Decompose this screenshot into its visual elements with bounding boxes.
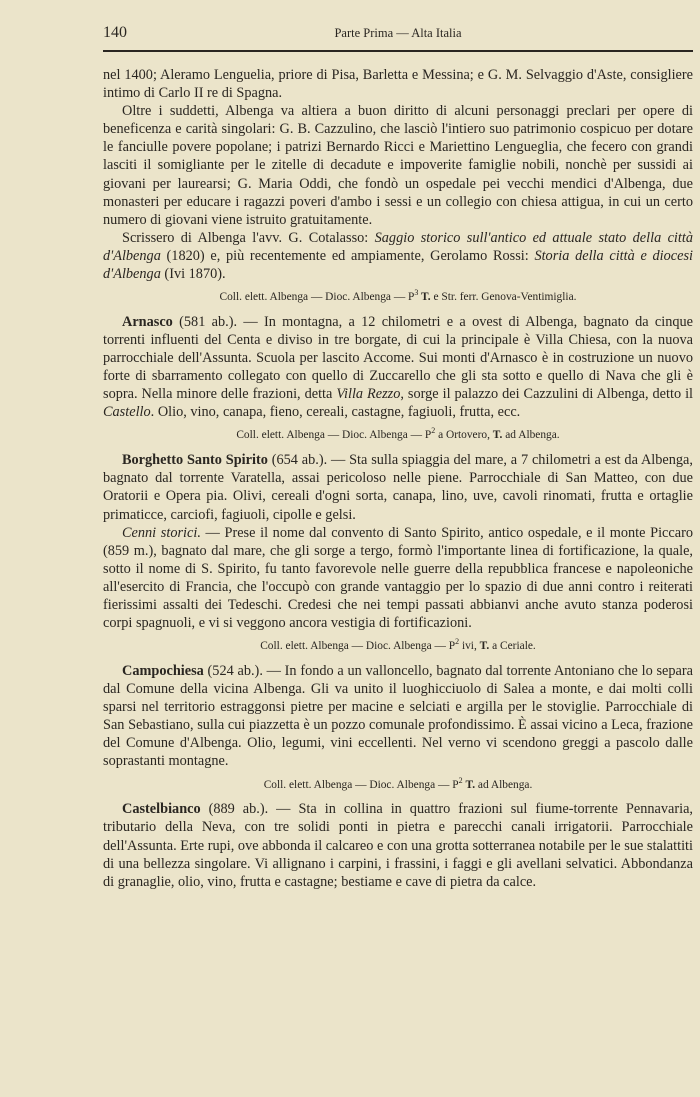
collegio-line: Coll. elett. Albenga — Dioc. Albenga — P… [103, 634, 693, 654]
text: e Str. ferr. Genova-Ventimiglia. [431, 291, 577, 303]
text: T. [493, 429, 503, 441]
running-title: Parte Prima — Alta Italia [103, 26, 693, 41]
header-rule [103, 50, 693, 52]
text: Coll. elett. Albenga — Dioc. Albenga — P [264, 778, 459, 790]
entry-name: Castelbianco [122, 801, 201, 817]
text: Coll. elett. Albenga — Dioc. Albenga — P [260, 640, 455, 652]
entry-campochiesa: Campochiesa (524 ab.). — In fondo a un v… [103, 662, 693, 771]
text: T. [418, 291, 430, 303]
italic-text: Villa Rezzo [336, 386, 400, 402]
book-page: 140 Parte Prima — Alta Italia nel 1400; … [103, 22, 693, 891]
entry-name: Borghetto Santo Spirito [122, 452, 268, 468]
text: T. [480, 640, 490, 652]
text: a Ortovero, [435, 429, 493, 441]
entry-name: Campochiesa [122, 663, 204, 679]
page-header: 140 Parte Prima — Alta Italia [103, 22, 693, 48]
text: Coll. elett. Albenga — Dioc. Albenga — P [236, 429, 431, 441]
intro-paragraph-2: Oltre i suddetti, Albenga va altiera a b… [103, 102, 693, 229]
population: (889 ab.). — [201, 801, 299, 817]
population: (581 ab.). — [173, 314, 264, 330]
text: , sorge il palazzo dei Cazzulini di Albe… [400, 386, 693, 402]
text: a Ceriale. [489, 640, 536, 652]
cenni-storici: Cenni storici. — Prese il nome dal conve… [103, 524, 693, 633]
text: (1820) e, più recentemente ed ampiamente… [161, 248, 535, 264]
entry-name: Arnasco [122, 314, 173, 330]
entry-castelbianco: Castelbianco (889 ab.). — Sta in collina… [103, 800, 693, 890]
text: ad Albenga. [475, 778, 532, 790]
entry-borghetto-santo-spirito: Borghetto Santo Spirito (654 ab.). — Sta… [103, 451, 693, 523]
collegio-line: Coll. elett. Albenga — Dioc. Albenga — P… [103, 773, 693, 793]
text: ivi, [459, 640, 480, 652]
collegio-line: Coll. elett. Albenga — Dioc. Albenga — P… [103, 423, 693, 443]
text: ad Albenga. [502, 429, 559, 441]
text: Scrissero di Albenga l'avv. G. Cotalasso… [122, 230, 375, 246]
italic-text: Castello [103, 404, 151, 420]
intro-paragraph-1: nel 1400; Aleramo Lenguelia, priore di P… [103, 66, 693, 102]
text: . Olio, vino, canapa, fieno, cereali, ca… [151, 404, 521, 420]
population: (654 ab.). — [268, 452, 349, 468]
italic-text: Cenni storici. [122, 525, 201, 541]
superscript: 2 [459, 776, 463, 785]
population: (524 ab.). — [204, 663, 285, 679]
text: (Ivi 1870). [161, 266, 226, 282]
intro-paragraph-3: Scrissero di Albenga l'avv. G. Cotalasso… [103, 229, 693, 283]
entry-arnasco: Arnasco (581 ab.). — In montagna, a 12 c… [103, 313, 693, 422]
text: T. [465, 778, 475, 790]
collegio-line: Coll. elett. Albenga — Dioc. Albenga — P… [103, 285, 693, 305]
text: Coll. elett. Albenga — Dioc. Albenga — P [220, 291, 415, 303]
